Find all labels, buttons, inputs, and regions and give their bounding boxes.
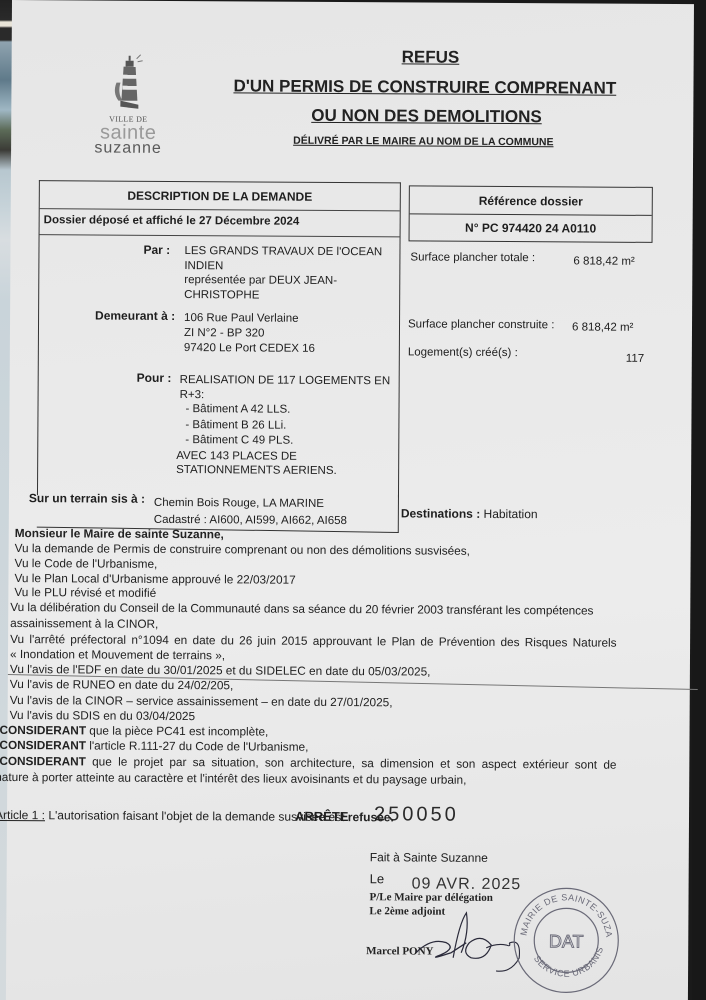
logements-label: Logement(s) créé(s) : [408, 345, 518, 360]
surface-construite-label: Surface plancher construite : [408, 317, 554, 332]
vu-line: Vu l'avis du SDIS en du 03/04/2025 [10, 708, 196, 724]
pour-label: Pour : [137, 371, 172, 385]
considerant-2: CONSIDERANT l'article R.111-27 du Code d… [0, 738, 308, 755]
background-dark [692, 0, 706, 1000]
stamp-top-text: MAIRIE DE SAINTE-SUZANNE [511, 885, 615, 938]
le-label: Le [370, 871, 385, 886]
lighthouse-icon [108, 53, 148, 113]
municipality-logo: VILLE DE sainte suzanne [73, 52, 184, 163]
surface-totale-value: 6 818,42 m² [573, 254, 634, 269]
subtitle-delivre: DÉLIVRÉ PAR LE MAIRE AU NOM DE LA COMMUN… [293, 135, 553, 149]
reference-header: Référence dossier [410, 186, 652, 215]
considerant-tail: nature à porter atteinte au caractère et… [0, 770, 466, 788]
title-permis: D'UN PERMIS DE CONSTRUIRE COMPRENANT [233, 76, 616, 98]
official-stamp: MAIRIE DE SAINTE-SUZANNE SERVICE URBANIS… [511, 885, 622, 996]
title-refus: REFUS [402, 47, 460, 67]
destinations: Destinations : Habitation [401, 506, 538, 521]
demeurant-label: Demeurant à : [95, 309, 175, 323]
reference-box: Référence dossier N° PC 974420 24 A0110 [409, 185, 653, 242]
description-header: DESCRIPTION DE LA DEMANDE [40, 181, 400, 211]
description-box-edge [398, 492, 399, 532]
pour-value: REALISATION DE 117 LOGEMENTS EN R+3: - B… [179, 373, 390, 479]
surface-totale-label: Surface plancher totale : [410, 250, 535, 265]
vu-line: Vu le Code de l'Urbanisme, [15, 556, 158, 572]
par-label: Par : [143, 243, 170, 257]
vu-line: Vu l'avis de RUNEO en date du 24/02/205, [10, 677, 234, 693]
document-page: VILLE DE sainte suzanne REFUS D'UN PERMI… [6, 0, 694, 1000]
surface-construite-value: 6 818,42 m² [572, 320, 633, 335]
vu-line: Vu le PLU révisé et modifié [14, 585, 156, 601]
demeurant-value: 106 Rue Paul Verlaine ZI N°2 - BP 320 97… [184, 311, 315, 357]
considerant-1: CONSIDERANT que la pièce PC41 est incomp… [0, 723, 268, 740]
vu-line: assainissement à la CINOR, [10, 616, 158, 632]
terrain-value: Chemin Bois Rouge, LA MARINE Cadastré : … [154, 495, 347, 530]
logements-value: 117 [626, 352, 644, 367]
deposit-date: Dossier déposé et affiché le 27 Décembre… [40, 209, 400, 237]
logo-suzanne: suzanne [73, 141, 183, 156]
svg-text:MAIRIE DE SAINTE-SUZANNE: MAIRIE DE SAINTE-SUZANNE [511, 885, 615, 938]
fait-a: Fait à Sainte Suzanne [370, 850, 488, 865]
vu-line: « Inondation et Mouvement de terrains », [10, 647, 225, 663]
par-value: LES GRANDS TRAVAUX DE l'OCEAN INDIEN rep… [184, 244, 382, 303]
terrain-label: Sur un terrain sis à : [29, 491, 145, 506]
reference-number: N° PC 974420 24 A0110 [410, 214, 652, 241]
salutation: Monsieur le Maire de sainte Suzanne, [15, 526, 224, 542]
stamp-center-text: DAT [549, 931, 584, 951]
title-demolitions: OU NON DES DEMOLITIONS [311, 106, 542, 127]
article-1: Article 1 : L'autorisation faisant l'obj… [0, 808, 394, 825]
